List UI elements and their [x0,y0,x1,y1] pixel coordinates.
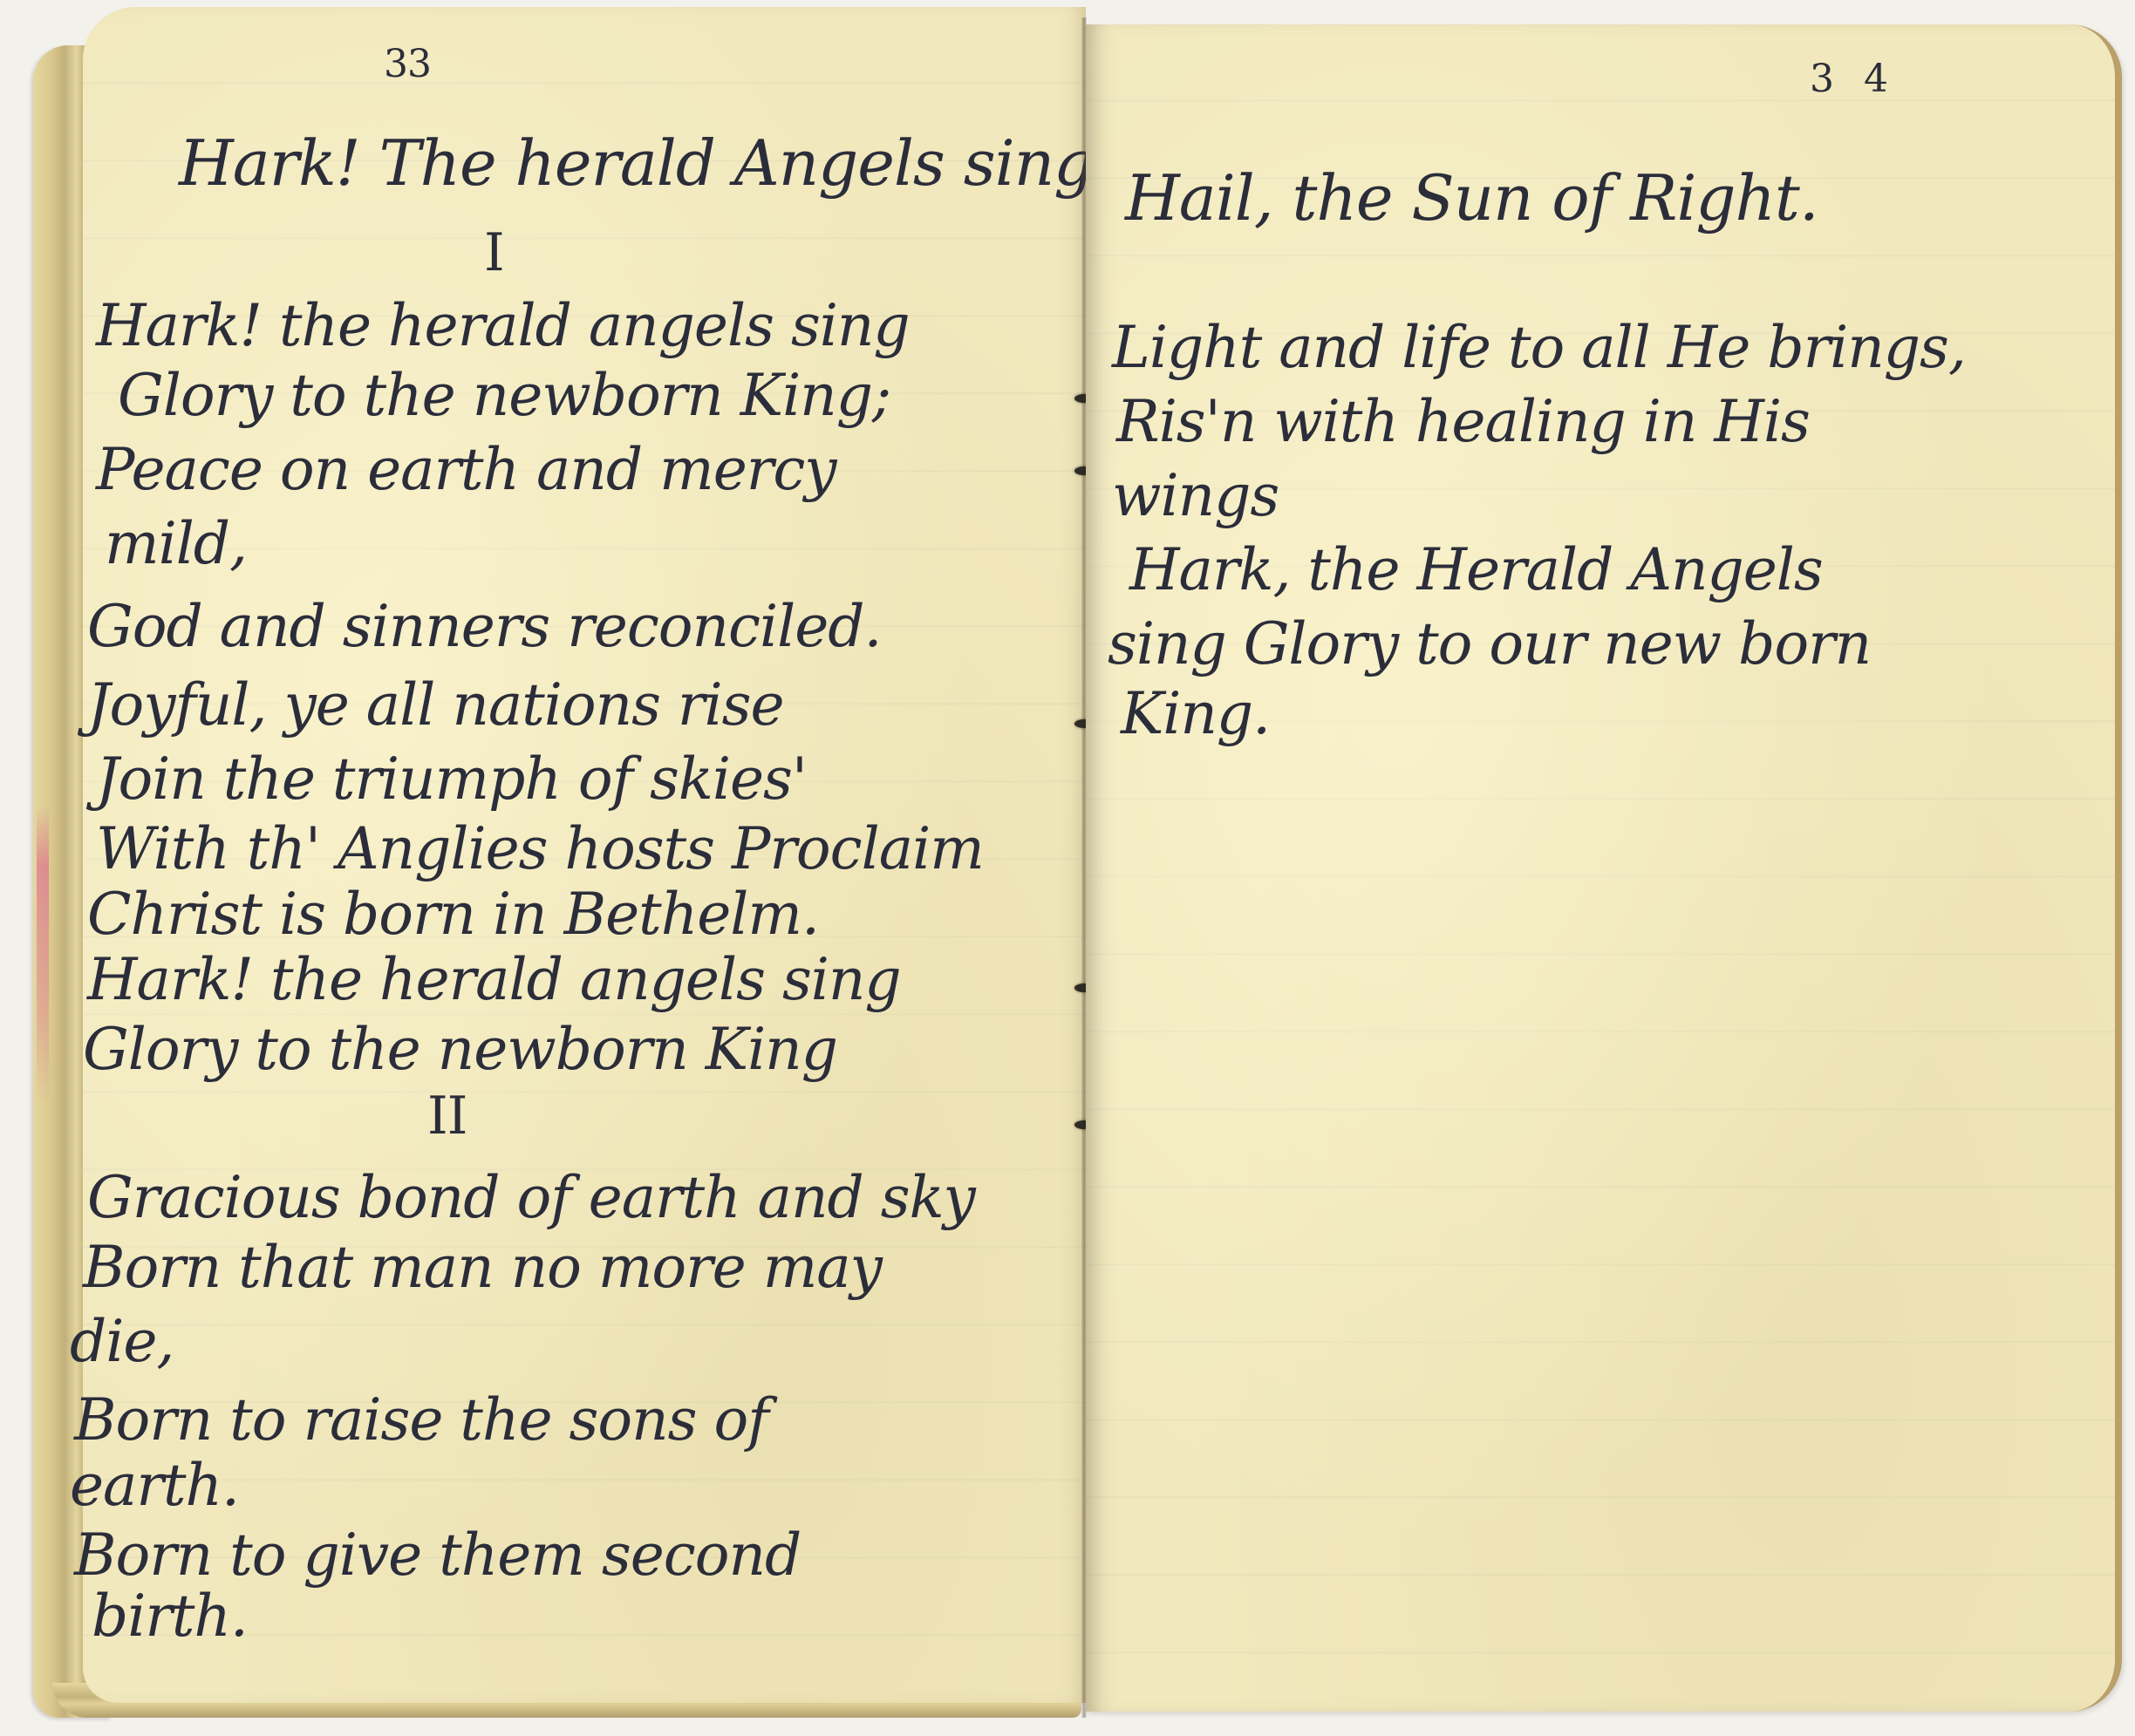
verse-line: Gracious bond of earth and sky [87,1164,975,1231]
verse-line: Join the triumph of skies' [96,745,807,813]
verse-line: Ris'n with healing in His [1116,388,1810,455]
verse-line: Born to give them second [74,1522,801,1589]
verse-numeral-2: II [427,1086,467,1147]
verse-line: Hark! the herald angels sing [87,946,901,1013]
left-page-number: 33 [384,42,431,86]
right-page [1086,24,2122,1712]
verse-line: Joyful, ye all nations rise [87,671,784,739]
verse-line: Hark, the Herald Angels [1129,536,1823,603]
verse-line: King. [1121,680,1270,747]
ink-stain [37,807,49,1103]
verse-line: God and sinners reconciled. [87,593,882,660]
verse-line: Born that man no more may [83,1234,882,1301]
verse-line: Christ is born in Bethelm. [87,881,819,948]
verse-numeral-1: I [484,222,504,283]
notebook-spread: 33 Hark! The herald Angels sing I Hark! … [0,0,2135,1736]
verse-line: With th' Anglies hosts Proclaim [96,815,984,882]
verse-line: Peace on earth and mercy [96,436,836,503]
verse-line: Glory to the newborn King; [118,362,890,429]
verse-line: die, [70,1308,174,1375]
verse-line: Born to raise the sons of [74,1386,768,1453]
verse-line: earth. [70,1452,239,1519]
verse-line: Hark! the herald angels sing [96,292,910,359]
right-page-heading: Hail, the Sun of Right. [1125,161,1818,235]
right-page-number: 3 4 [1810,57,1897,101]
verse-line: birth. [92,1583,248,1650]
verse-line: sing Glory to our new born [1108,610,1871,677]
verse-line: Glory to the newborn King [83,1016,837,1083]
verse-line: mild, [105,510,247,577]
verse-line: Light and life to all He brings, [1112,314,1966,381]
verse-line: wings [1112,462,1279,529]
hymn-title: Hark! The herald Angels sing [179,126,1093,200]
